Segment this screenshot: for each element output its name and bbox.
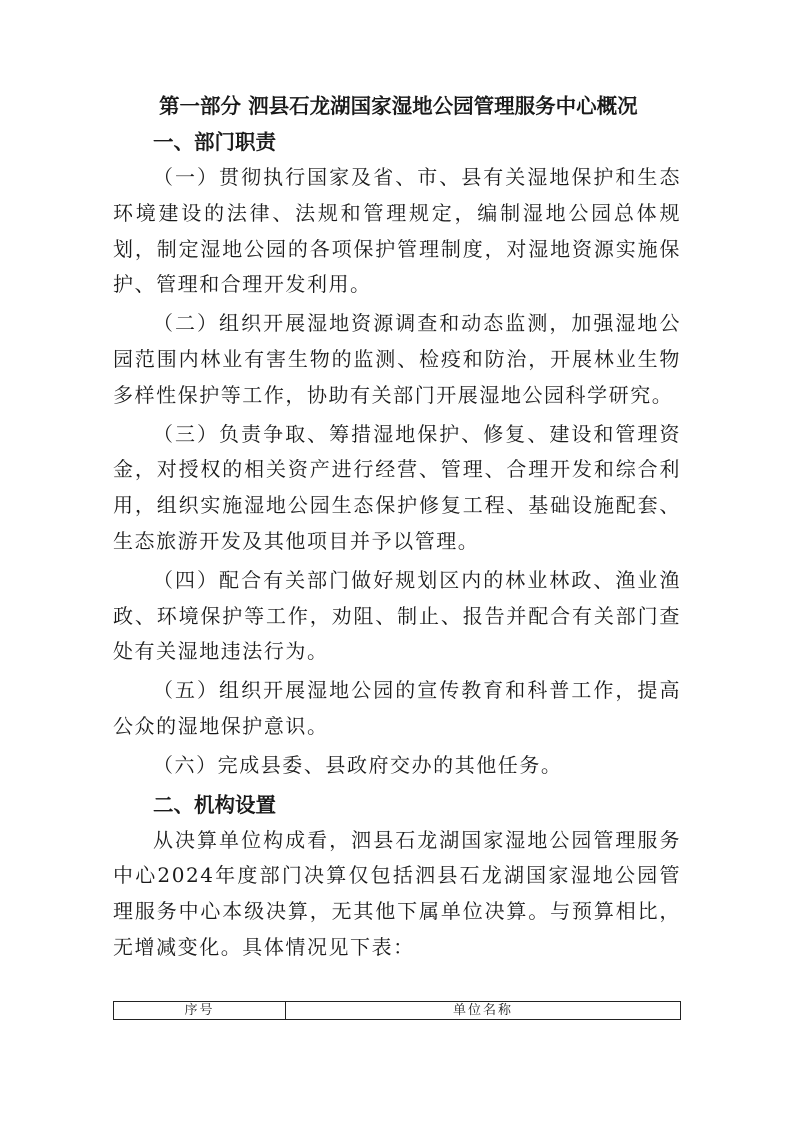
organization-paragraph: 从决算单位构成看，泗县石龙湖国家湿地公园管理服务中心2024年度部门决算仅包括泗… xyxy=(113,823,681,966)
duty-paragraph-3: （三）负责争取、筹措湿地保护、修复、建设和管理资金，对授权的相关资产进行经营、管… xyxy=(113,417,681,560)
section-heading-duties: 一、部门职责 xyxy=(153,124,681,160)
duty-paragraph-6: （六）完成县委、县政府交办的其他任务。 xyxy=(113,748,681,784)
duty-paragraph-4: （四）配合有关部门做好规划区内的林业林政、渔业渔政、环境保护等工作，劝阻、制止、… xyxy=(113,563,681,670)
units-table: 序号 单位名称 xyxy=(113,1001,681,1020)
duty-paragraph-5: （五）组织开展湿地公园的宣传教育和科普工作，提高公众的湿地保护意识。 xyxy=(113,673,681,745)
column-header-unit-name: 单位名称 xyxy=(286,1002,681,1020)
column-header-index: 序号 xyxy=(114,1002,286,1020)
document-title: 第一部分 泗县石龙湖国家湿地公园管理服务中心概况 xyxy=(159,88,681,124)
duty-paragraph-2: （二）组织开展湿地资源调查和动态监测，加强湿地公园范围内林业有害生物的监测、检疫… xyxy=(113,306,681,413)
duty-paragraph-1: （一）贯彻执行国家及省、市、县有关湿地保护和生态环境建设的法律、法规和管理规定，… xyxy=(113,160,681,303)
table-header-row: 序号 单位名称 xyxy=(114,1002,681,1020)
document-page: 第一部分 泗县石龙湖国家湿地公园管理服务中心概况 一、部门职责 （一）贯彻执行国… xyxy=(113,88,681,966)
section-heading-organization: 二、机构设置 xyxy=(153,787,681,823)
